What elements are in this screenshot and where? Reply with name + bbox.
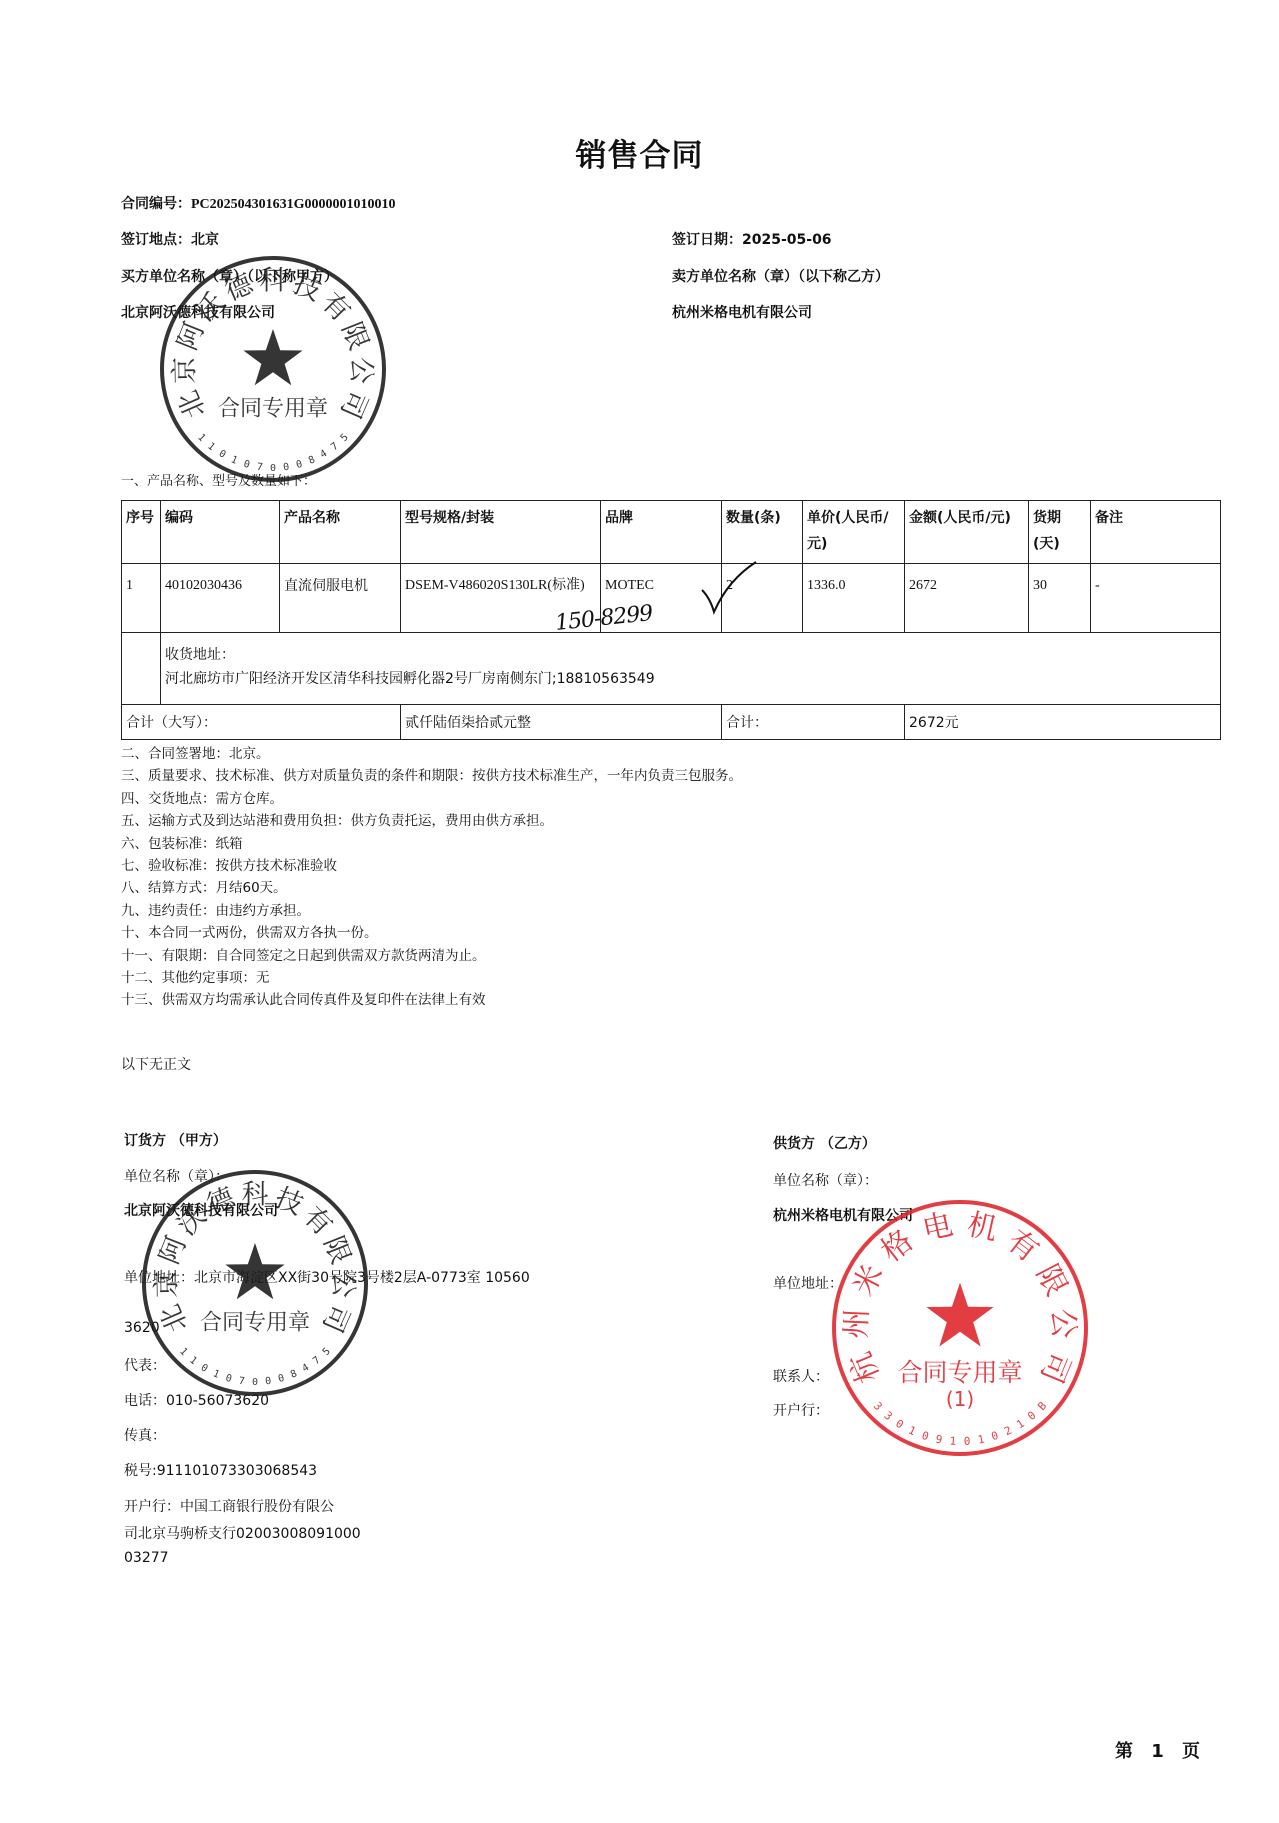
svg-text:4: 4: [318, 448, 329, 461]
svg-text:5: 5: [339, 432, 351, 444]
svg-text:合同专用章: 合同专用章: [897, 1358, 1022, 1387]
svg-text:0: 0: [265, 1376, 272, 1388]
contract-number-label: 合同编号：: [121, 196, 191, 212]
svg-text:限: 限: [335, 318, 374, 355]
svg-text:0: 0: [963, 1435, 970, 1448]
sign-place: 签订地点：北京: [121, 229, 219, 249]
cell-quantity: 2: [722, 564, 803, 633]
svg-text:0: 0: [277, 1373, 286, 1385]
term-6: 六、包装标准：纸箱: [121, 833, 1021, 855]
buyer-bank-cont: 司北京马驹桥支行02003008091000: [124, 1523, 361, 1543]
total-row: 合计（大写）： 贰仟陆佰柒拾贰元整 合计： 2672元: [122, 705, 1221, 740]
header-remark: 备注: [1091, 501, 1221, 564]
sign-place-value: 北京: [191, 232, 219, 248]
svg-text:有: 有: [315, 287, 356, 328]
svg-text:1: 1: [229, 454, 239, 466]
buyer-fax-label: 传真：: [124, 1425, 166, 1445]
seller-name: 杭州米格电机有限公司: [672, 302, 812, 322]
svg-text:3: 3: [871, 1399, 885, 1413]
svg-text:京: 京: [169, 357, 200, 384]
table-row: 1 40102030436 直流伺服电机 DSEM-V486020S130LR(…: [122, 564, 1221, 633]
header-code: 编码: [161, 501, 280, 564]
items-table: 序号 编码 产品名称 型号规格/封装 品牌 数量(条) 单价(人民币/元) 金额…: [121, 500, 1221, 740]
buyer-label: 买方单位名称（章）（以下称甲方）: [121, 266, 338, 286]
svg-text:机: 机: [964, 1207, 1001, 1248]
cell-unit-price: 1336.0: [803, 564, 905, 633]
svg-text:2: 2: [1002, 1424, 1013, 1439]
svg-text:1: 1: [906, 1424, 917, 1439]
buyer-phone-label: 电话：: [124, 1393, 166, 1409]
cell-amount: 2672: [905, 564, 1029, 633]
svg-text:司: 司: [1033, 1347, 1077, 1388]
term-2: 二、合同签署地：北京。: [121, 743, 1021, 765]
header-unit-price: 单价(人民币/元): [803, 501, 905, 564]
svg-text:阿: 阿: [154, 1232, 193, 1269]
svg-text:有: 有: [1000, 1223, 1045, 1269]
buyer-unit-name-label: 单位名称（章）：: [124, 1166, 229, 1186]
buyer-phone: 电话：010-56073620: [124, 1390, 269, 1410]
term-4: 四、交货地点：需方仓库。: [121, 788, 1021, 810]
svg-text:1: 1: [211, 1368, 221, 1380]
svg-text:格: 格: [875, 1223, 920, 1269]
svg-text:0: 0: [1025, 1409, 1038, 1423]
contract-terms: 二、合同签署地：北京。 三、质量要求、技术标准、供方对质量负责的条件和期限：按供…: [121, 743, 1021, 1012]
svg-text:限: 限: [317, 1232, 356, 1269]
svg-text:合同专用章: 合同专用章: [200, 1311, 310, 1336]
svg-text:州: 州: [839, 1308, 875, 1339]
sign-place-label: 签订地点：: [121, 232, 191, 248]
page-number: 第 1 页: [1115, 1737, 1206, 1763]
cell-brand: MOTEC: [601, 564, 722, 633]
term-12: 十二、其他约定事项：无: [121, 967, 1021, 989]
cell-product-name: 直流伺服电机: [280, 564, 401, 633]
buyer-tax: 税号:911101073303068543: [124, 1460, 317, 1480]
svg-text:0: 0: [224, 1373, 233, 1385]
cell-index: 1: [122, 564, 161, 633]
seller-bank-label: 开户行：: [773, 1400, 829, 1420]
buyer-bank: 开户行：中国工商银行股份有限公: [124, 1496, 334, 1516]
section-one-heading: 一、产品名称、型号及数量如下：: [121, 470, 316, 489]
buyer-name: 北京阿沃德科技有限公司: [121, 302, 275, 322]
svg-text:北: 北: [173, 386, 212, 423]
svg-text:9: 9: [934, 1433, 943, 1447]
svg-text:7: 7: [238, 1376, 245, 1388]
svg-text:7: 7: [311, 1355, 323, 1367]
total-caps-value: 贰仟陆佰柒拾贰元整: [401, 705, 722, 740]
buyer-rep-label: 代表：: [124, 1355, 166, 1375]
term-9: 九、违约责任：由违约方承担。: [121, 900, 1021, 922]
header-lead-days: 货期(天): [1029, 501, 1091, 564]
svg-text:3: 3: [881, 1409, 894, 1423]
svg-text:司: 司: [316, 1300, 355, 1337]
svg-text:杭: 杭: [843, 1347, 887, 1388]
cell-lead-days: 30: [1029, 564, 1091, 633]
buyer-address-value: 北京市海淀区XX街30号院3号楼2层A-0773室 10560: [194, 1270, 530, 1286]
table-header-row: 序号 编码 产品名称 型号规格/封装 品牌 数量(条) 单价(人民币/元) 金额…: [122, 501, 1221, 564]
seller-unit-name: 杭州米格电机有限公司: [773, 1205, 913, 1225]
sign-date-value: 2025-05-06: [742, 232, 832, 248]
cell-code: 40102030436: [161, 564, 280, 633]
svg-text:米: 米: [846, 1259, 891, 1302]
svg-text:0: 0: [920, 1429, 930, 1443]
header-model: 型号规格/封装: [401, 501, 601, 564]
svg-text:北: 北: [155, 1300, 194, 1337]
term-11: 十一、有限期：自合同签定之日起到供需双方款货两清为止。: [121, 945, 1021, 967]
total-value: 2672元: [905, 705, 1221, 740]
buyer-tax-label: 税号:: [124, 1463, 157, 1479]
svg-text:合同专用章: 合同专用章: [218, 397, 328, 422]
delivery-address-cell: 收货地址： 河北廊坊市广阳经济开发区清华科技园孵化器2号厂房南侧东门;18810…: [161, 633, 1221, 705]
delivery-address-label: 收货地址：: [165, 643, 1216, 667]
svg-text:(1): (1): [946, 1387, 974, 1411]
svg-text:公: 公: [345, 357, 376, 384]
cell-remark: -: [1091, 564, 1221, 633]
term-3: 三、质量要求、技术标准、供方对质量负责的条件和期限：按供方技术标准生产，一年内负…: [121, 765, 1021, 787]
header-index: 序号: [122, 501, 161, 564]
svg-text:1: 1: [177, 1346, 189, 1358]
buyer-tax-value: 911101073303068543: [157, 1463, 317, 1479]
term-13: 十三、供需双方均需承认此合同传真件及复印件在法律上有效: [121, 989, 1021, 1011]
sign-date-label: 签订日期：: [672, 232, 742, 248]
buyer-party-heading: 订货方 （甲方）: [124, 1130, 227, 1150]
header-brand: 品牌: [601, 501, 722, 564]
total-label: 合计：: [722, 705, 905, 740]
term-8: 八、结算方式：月结60天。: [121, 877, 1021, 899]
svg-text:1: 1: [1014, 1417, 1027, 1432]
document-title: 销售合同: [0, 130, 1279, 175]
svg-text:4: 4: [300, 1362, 311, 1375]
seller-address-label: 单位地址：: [773, 1273, 843, 1293]
seller-party-heading: 供货方 （乙方）: [773, 1133, 876, 1153]
buyer-address-cont: 3620: [124, 1320, 160, 1336]
seller-unit-name-label: 单位名称（章）：: [773, 1170, 878, 1190]
svg-text:8: 8: [289, 1368, 299, 1380]
svg-text:0: 0: [990, 1429, 1000, 1443]
svg-text:公: 公: [1045, 1308, 1081, 1339]
term-5: 五、运输方式及到达站港和费用负担：供方负责托运，费用由供方承担。: [121, 810, 1021, 832]
svg-text:0: 0: [893, 1417, 906, 1432]
buyer-address-label: 单位地址：: [124, 1270, 194, 1286]
svg-text:0: 0: [217, 448, 228, 461]
delivery-address-row: 收货地址： 河北廊坊市广阳经济开发区清华科技园孵化器2号厂房南侧东门;18810…: [122, 633, 1221, 705]
end-note: 以下无正文: [121, 1054, 191, 1074]
svg-text:有: 有: [297, 1201, 338, 1242]
cell-model: DSEM-V486020S130LR(标准): [401, 564, 601, 633]
svg-text:8: 8: [307, 454, 317, 466]
seller-company-seal: 杭州米格电机有限公司合同专用章(1)3301091010210B: [830, 1198, 1090, 1458]
svg-text:7: 7: [329, 441, 341, 453]
seller-label: 卖方单位名称（章）（以下称乙方）: [672, 266, 889, 286]
svg-text:限: 限: [1029, 1259, 1074, 1302]
svg-text:1: 1: [187, 1355, 199, 1367]
svg-text:5: 5: [321, 1346, 333, 1358]
term-10: 十、本合同一式两份，供需双方各执一份。: [121, 922, 1021, 944]
svg-text:1: 1: [977, 1433, 986, 1447]
seller-contact-label: 联系人：: [773, 1366, 829, 1386]
term-7: 七、验收标准：按供方技术标准验收: [121, 855, 1021, 877]
svg-text:1: 1: [195, 432, 207, 444]
sign-date: 签订日期：2025-05-06: [672, 229, 832, 249]
svg-text:1: 1: [205, 441, 217, 453]
svg-text:司: 司: [334, 386, 373, 423]
header-amount: 金额(人民币/元): [905, 501, 1029, 564]
svg-text:阿: 阿: [172, 318, 211, 355]
buyer-phone-value: 010-56073620: [166, 1393, 269, 1409]
svg-text:0: 0: [199, 1362, 210, 1375]
header-product-name: 产品名称: [280, 501, 401, 564]
contract-number-value: PC202504301631G0000001010010: [191, 197, 396, 212]
buyer-address: 单位地址：北京市海淀区XX街30号院3号楼2层A-0773室 10560: [124, 1267, 530, 1287]
svg-text:0: 0: [252, 1377, 258, 1388]
svg-text:1: 1: [949, 1435, 956, 1448]
delivery-address-value: 河北廊坊市广阳经济开发区清华科技园孵化器2号厂房南侧东门;18810563549: [165, 667, 1216, 691]
buyer-unit-name: 北京阿沃德科技有限公司: [124, 1200, 278, 1220]
buyer-bank-cont2: 03277: [124, 1550, 169, 1566]
buyer-bank-value: 中国工商银行股份有限公: [180, 1499, 334, 1515]
contract-number: 合同编号：PC202504301631G0000001010010: [121, 193, 396, 213]
total-caps-label: 合计（大写）：: [122, 705, 401, 740]
header-quantity: 数量(条): [722, 501, 803, 564]
buyer-company-seal-top: 北京阿沃德科技有限公司合同专用章1101070008475: [148, 254, 398, 484]
svg-text:电: 电: [919, 1207, 956, 1248]
svg-text:B: B: [1035, 1399, 1049, 1413]
buyer-bank-label: 开户行：: [124, 1499, 180, 1515]
